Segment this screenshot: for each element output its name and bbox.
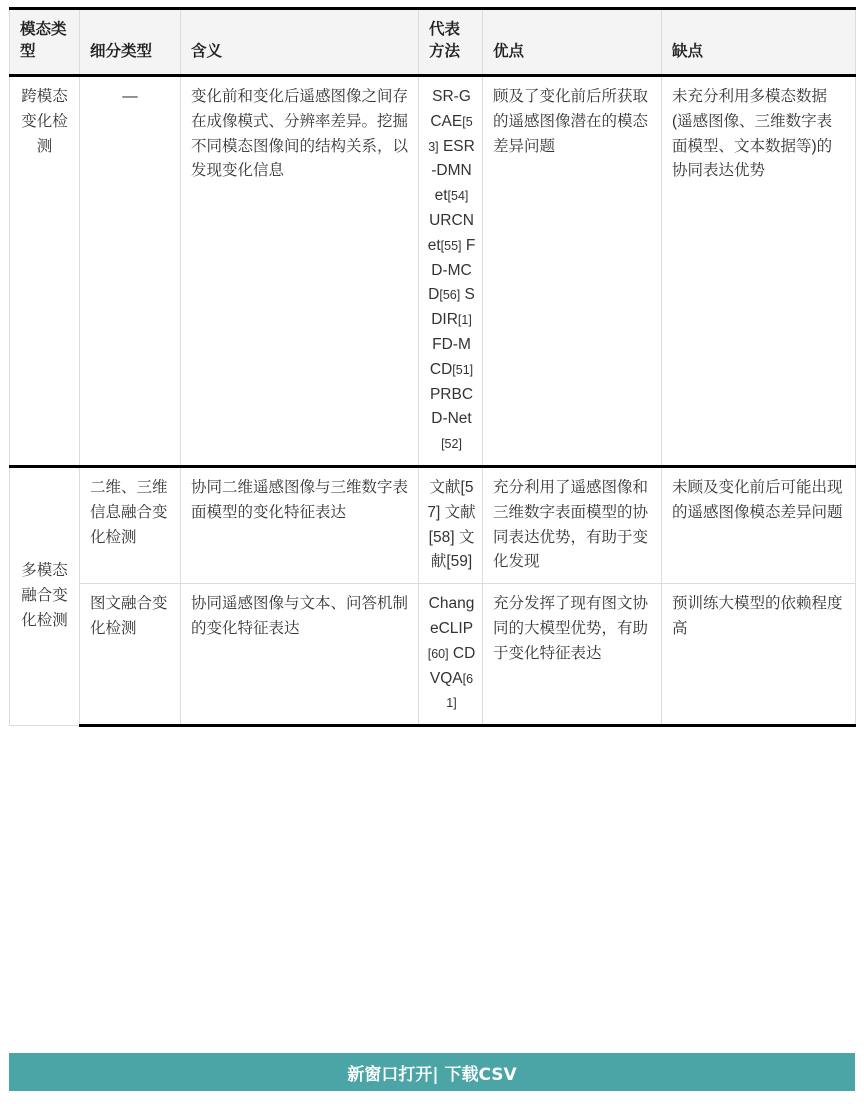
cell-meaning: 协同遥感图像与文本、问答机制的变化特征表达	[181, 584, 419, 726]
group-multimodal-fusion: 多模态融合变化检测 二维、三维信息融合变化检测 协同二维遥感图像与三维数字表面模…	[10, 466, 856, 725]
header-meaning: 含义	[181, 9, 419, 76]
cell-pros: 顾及了变化前后所获取的遥感图像潜在的模态差异问题	[483, 76, 662, 467]
header-methods: 代表方法	[419, 9, 483, 76]
cell-modality: 多模态融合变化检测	[10, 466, 80, 725]
method-name: 文献	[430, 479, 461, 496]
header-modality-type: 模态类型	[10, 9, 80, 76]
method-name: ChangeCLIP	[429, 595, 475, 637]
cell-subtype: 图文融合变化检测	[80, 584, 181, 726]
open-new-window-download-csv-button[interactable]: 新窗口打开| 下载CSV	[9, 1053, 855, 1091]
cell-pros: 充分利用了遥感图像和三维数字表面模型的协同表达优势，有助于变化发现	[483, 466, 662, 583]
header-cons: 缺点	[662, 9, 856, 76]
cell-subtype: —	[80, 76, 181, 467]
cell-meaning: 协同二维遥感图像与三维数字表面模型的变化特征表达	[181, 466, 419, 583]
modality-change-detection-table: 模态类型 细分类型 含义 代表方法 优点 缺点 跨模态变化检测 — 变化前和变化…	[9, 7, 856, 727]
cell-methods: 文献[57] 文献[58] 文献[59]	[419, 466, 483, 583]
cell-methods: ChangeCLIP[60] CDVQA[61]	[419, 584, 483, 726]
method-ref[interactable]: [59]	[446, 553, 472, 570]
method-ref[interactable]: [51]	[452, 363, 473, 377]
cell-methods: SR-GCAE[53] ESR-DMNet[54] URCNet[55] FD-…	[419, 76, 483, 467]
table-row: 图文融合变化检测 协同遥感图像与文本、问答机制的变化特征表达 ChangeCLI…	[10, 584, 856, 726]
method-name: PRBCD-Net	[430, 386, 473, 428]
method-ref[interactable]: [52]	[441, 437, 462, 451]
cell-modality: 跨模态变化检测	[10, 76, 80, 467]
table-row: 跨模态变化检测 — 变化前和变化后遥感图像之间存在成像模式、分辨率差异。挖掘不同…	[10, 76, 856, 467]
table-row: 多模态融合变化检测 二维、三维信息融合变化检测 协同二维遥感图像与三维数字表面模…	[10, 466, 856, 583]
cell-pros: 充分发挥了现有图文协同的大模型优势，有助于变化特征表达	[483, 584, 662, 726]
header-pros: 优点	[483, 9, 662, 76]
method-ref[interactable]: [1]	[458, 313, 472, 327]
cell-cons: 未充分利用多模态数据(遥感图像、三维数字表面模型、文本数据等)的协同表达优势	[662, 76, 856, 467]
method-ref[interactable]: [55]	[441, 239, 462, 253]
method-ref[interactable]: [58]	[429, 529, 455, 546]
table-header-row: 模态类型 细分类型 含义 代表方法 优点 缺点	[10, 9, 856, 76]
method-ref[interactable]: [60]	[428, 647, 449, 661]
group-cross-modal: 跨模态变化检测 — 变化前和变化后遥感图像之间存在成像模式、分辨率差异。挖掘不同…	[10, 76, 856, 467]
cell-meaning: 变化前和变化后遥感图像之间存在成像模式、分辨率差异。挖掘不同模态图像间的结构关系…	[181, 76, 419, 467]
method-ref[interactable]: [56]	[439, 288, 460, 302]
cell-subtype: 二维、三维信息融合变化检测	[80, 466, 181, 583]
header-subtype: 细分类型	[80, 9, 181, 76]
cell-cons: 未顾及变化前后可能出现的遥感图像模态差异问题	[662, 466, 856, 583]
method-name: 文献	[445, 504, 476, 521]
method-ref[interactable]: [54]	[448, 189, 469, 203]
table-container: 模态类型 细分类型 含义 代表方法 优点 缺点 跨模态变化检测 — 变化前和变化…	[9, 7, 855, 727]
cell-cons: 预训练大模型的依赖程度高	[662, 584, 856, 726]
